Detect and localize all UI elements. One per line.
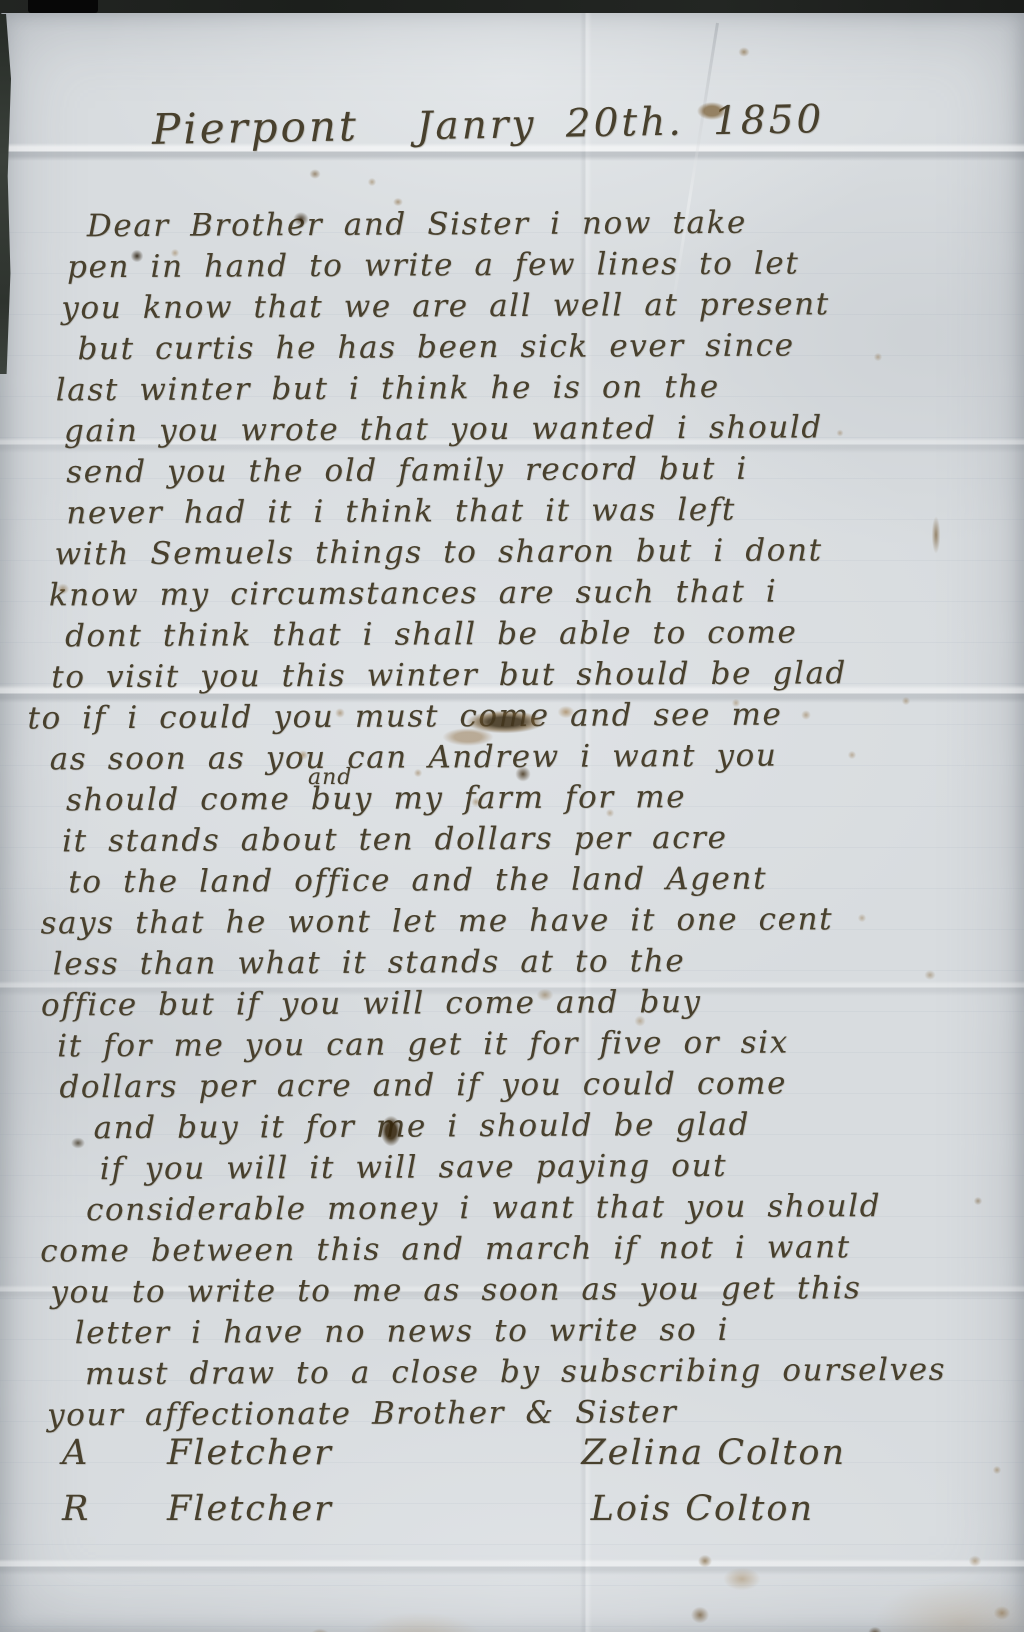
letter-line: come between this and march if not i wan… [40,1228,1018,1274]
letter-line: says that he wont let me have it one cen… [40,900,1016,946]
letter-line: to if i could you must come and see me [27,695,1015,741]
letter-line: must draw to a close by subscribing ours… [85,1351,1019,1397]
letter-line: dollars per acre and if you could come [59,1064,1017,1110]
letter-line: gain you wrote that you wanted i should [64,408,1014,454]
letter-line: last winter but i think he is on the [56,367,1014,413]
place-name: Pierpont [152,101,360,154]
letter-page: PierpontJanry 20th. 1850 Dear Brother an… [0,13,1024,1632]
letter-line: letter i have no news to write so i [75,1310,1019,1356]
signature-initial: A [62,1433,167,1473]
signature-surname: Fletcher [167,1433,333,1473]
letter-line: as soon as you can Andrew i want you [50,736,1016,782]
letter-date: Janry 20th. 1850 [416,97,824,149]
letter-line: never had it i think that it was left [66,490,1014,536]
letter-line: should come buy my farm for me [66,777,1016,823]
letter-line: send you the old family record but i [66,449,1014,495]
dateline: PierpontJanry 20th. 1850 [152,93,825,154]
letter-line: you know that we are all well at present [61,285,1013,331]
signature-name: Zelina Colton [581,1433,846,1473]
letter-body: Dear Brother and Sister i now take pen i… [9,203,1019,1438]
letter-line: office but if you will come and buy [41,982,1017,1028]
signature-row: A Fletcher Zelina Colton [62,1433,964,1489]
scanner-clip-shadow [28,0,98,13]
letter-line: but curtis he has been sick ever since [77,326,1013,372]
letter-line: and buy it for me i should be glad [94,1105,1018,1151]
letter-line: considerable money i want that you shoul… [86,1187,1018,1233]
letter-line: with Semuels things to sharon but i dont [55,531,1015,577]
signature-initial: R [62,1489,167,1529]
signature-block: A Fletcher Zelina Colton R Fletcher Lois… [62,1433,964,1545]
letter-line: pen in hand to write a few lines to let [67,244,1013,290]
interlinear-insertion: and [308,765,352,790]
signature-name: Lois Colton [591,1489,814,1529]
letter-line: it stands about ten dollars per acre [62,818,1016,864]
signature-row: R Fletcher Lois Colton [62,1489,964,1545]
letter-line: know my circumstances are such that i [49,572,1015,618]
letter-line: it for me you can get it for five or six [57,1023,1017,1069]
letter-line: to visit you this winter but should be g… [51,654,1015,700]
letter-line: dont think that i shall be able to come [65,613,1015,659]
letter-line: to the land office and the land Agent [68,859,1016,905]
letter-line: you to write to me as soon as you get th… [50,1269,1018,1315]
letter-line: less than what it stands at to the [53,941,1017,987]
letter-line: your affectionate Brother & Sister [47,1392,1019,1438]
letter-line: Dear Brother and Sister i now take [87,203,1013,249]
scanner-background-strip [0,0,1024,14]
letter-line: if you will it will save paying out [100,1146,1018,1192]
signature-surname: Fletcher [167,1489,333,1529]
